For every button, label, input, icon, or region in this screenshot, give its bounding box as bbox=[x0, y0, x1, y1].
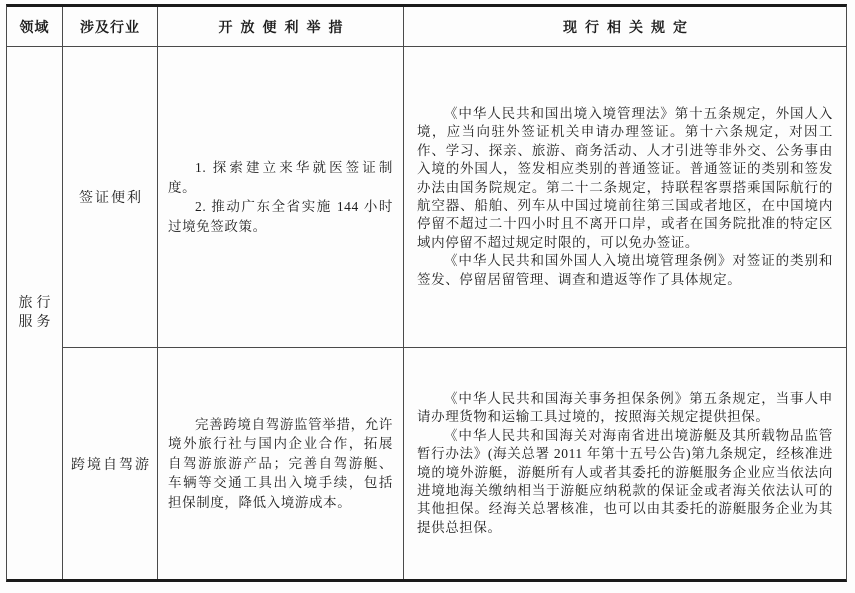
regulation-paragraph: 《中华人民共和国海关事务担保条例》第五条规定，当事人申请办理货物和运输工具过境的… bbox=[417, 390, 833, 427]
regulation-paragraph: 《中华人民共和国海关对海南省进出境游艇及其所载物品监管暂行办法》(海关总署 20… bbox=[417, 427, 833, 537]
regulation-paragraph: 《中华人民共和国外国人入境出境管理条例》对签证的类别和签发、停留居留管理、调查和… bbox=[417, 252, 833, 289]
regulations-cell-visa: 《中华人民共和国出境入境管理法》第十五条规定，外国人入境，应当向驻外签证机关申请… bbox=[404, 47, 846, 348]
header-cell-industry: 涉及行业 bbox=[63, 7, 158, 47]
domain-line: 旅行 bbox=[15, 294, 55, 313]
header-cell-measures: 开放便利举措 bbox=[158, 7, 404, 47]
measure-item: 2. 推动广东全省实施 144 小时过境免签政策。 bbox=[168, 197, 393, 236]
domain-cell-travel-services: 旅行 服务 bbox=[7, 47, 63, 579]
header-cell-domain: 领域 bbox=[7, 7, 63, 47]
regulation-paragraph: 《中华人民共和国出境入境管理法》第十五条规定，外国人入境，应当向驻外签证机关申请… bbox=[417, 105, 833, 252]
measures-cell-self-driving: 完善跨境自驾游监管举措，允许境外旅行社与国内企业合作，拓展自驾游旅游产品；完善自… bbox=[158, 348, 404, 579]
regulations-cell-self-driving: 《中华人民共和国海关事务担保条例》第五条规定，当事人申请办理货物和运输工具过境的… bbox=[404, 348, 846, 579]
header-cell-regulations: 现行相关规定 bbox=[404, 7, 846, 47]
domain-line: 服务 bbox=[15, 313, 55, 332]
industry-cell-cross-border-self-driving: 跨境自驾游 bbox=[63, 348, 158, 579]
measure-item: 完善跨境自驾游监管举措，允许境外旅行社与国内企业合作，拓展自驾游旅游产品；完善自… bbox=[168, 415, 393, 513]
regulations-table: 领域 涉及行业 开放便利举措 现行相关规定 旅行 服务 签证便利 1. 探索建立… bbox=[6, 4, 847, 582]
measure-item: 1. 探索建立来华就医签证制度。 bbox=[168, 158, 393, 197]
industry-cell-visa-facilitation: 签证便利 bbox=[63, 47, 158, 348]
measures-cell-visa: 1. 探索建立来华就医签证制度。 2. 推动广东全省实施 144 小时过境免签政… bbox=[158, 47, 404, 348]
